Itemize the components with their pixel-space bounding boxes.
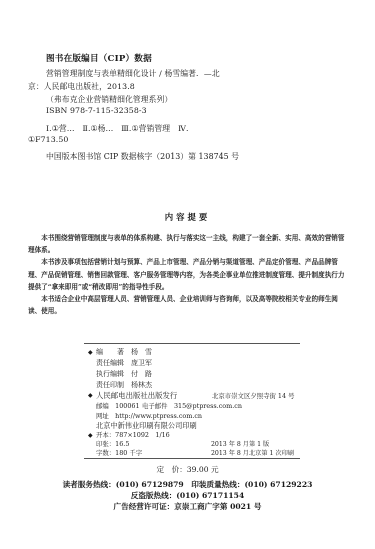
cip-classification-number: ①F713.50: [28, 135, 68, 144]
divider: [84, 458, 300, 459]
author: 杨 雪: [131, 347, 152, 357]
printing: 2013 年 8 月北京第 1 次印刷: [211, 448, 294, 457]
bullet-icon: ◆: [88, 432, 93, 439]
exec-editor: 付 路: [131, 369, 152, 379]
exec-editor-label: 执行编辑: [96, 369, 124, 379]
cip-series: （弗布克企业营销精细化管理系列）: [46, 94, 172, 105]
summary-title: 内容提要: [0, 211, 375, 223]
divider: [84, 343, 300, 344]
summary-paragraph: 本书围绕营销管理制度与表单的体系构建、执行与落实这一主线，构建了一套全新、实用、…: [28, 232, 348, 256]
bullet-icon: ◆: [88, 392, 93, 399]
summary-paragraph: 本书适合企业中高层管理人员、营销管理人员、企业培训师与咨询师，以及高等院校相关专…: [28, 293, 348, 317]
email: 电子邮件 315@ptpress.com.cn: [142, 401, 242, 410]
edition: 2013 年 8 月第 1 版: [211, 439, 269, 448]
publisher: 人民邮电出版社出版发行: [96, 390, 177, 401]
cip-isbn: ISBN 978-7-115-32358-3: [46, 106, 147, 115]
author-label: 编 著: [96, 347, 124, 357]
website: 网址 http://www.ptpress.com.cn: [96, 411, 202, 420]
cip-entry-line: 营销管理制度与表单精细化设计 / 杨雪编著．—北: [46, 68, 220, 79]
print-label: 责任印制: [96, 380, 124, 390]
cip-core-number: 中国版本图书馆 CIP 数据核字（2013）第 138745 号: [46, 151, 239, 162]
piracy-hotline: 反盗版热线：(010) 67171154: [0, 490, 375, 501]
bullet-icon: ◆: [88, 349, 93, 356]
editor: 庞卫军: [131, 358, 152, 368]
summary-body: 本书围绕营销管理制度与表单的体系构建、执行与落实这一主线，构建了一套全新、实用、…: [28, 232, 348, 317]
postcode: 邮编 100061: [96, 401, 140, 410]
summary-paragraph: 本书涉及事项包括营销计划与预算、产品上市管理、产品分销与渠道管理、产品定价管理、…: [28, 256, 348, 293]
cip-classification: Ⅰ.①营… Ⅱ.①杨… Ⅲ.①营销管理 Ⅳ.: [46, 123, 189, 134]
sheets: 印张：16.5: [96, 439, 129, 448]
ad-license: 广告经营许可证：京崇工商广字第 0021 号: [0, 501, 375, 512]
price: 定 价：39.00 元: [0, 464, 375, 475]
cip-entry-line: 京：人民邮电出版社，2013.8: [28, 81, 135, 92]
editor-label: 责任编辑: [96, 358, 124, 368]
word-count: 字数：180 千字: [96, 448, 142, 457]
reader-hotline: 读者服务热线：(010) 67129879 印装质量热线：(010) 67129…: [0, 479, 375, 490]
cip-title: 图书在版编目（CIP）数据: [46, 52, 152, 64]
publisher-address: 北京市崇文区夕照寺街 14 号: [212, 391, 295, 400]
format: 开本：787×1092 1/16: [96, 430, 170, 439]
print-manager: 杨林杰: [131, 380, 152, 390]
